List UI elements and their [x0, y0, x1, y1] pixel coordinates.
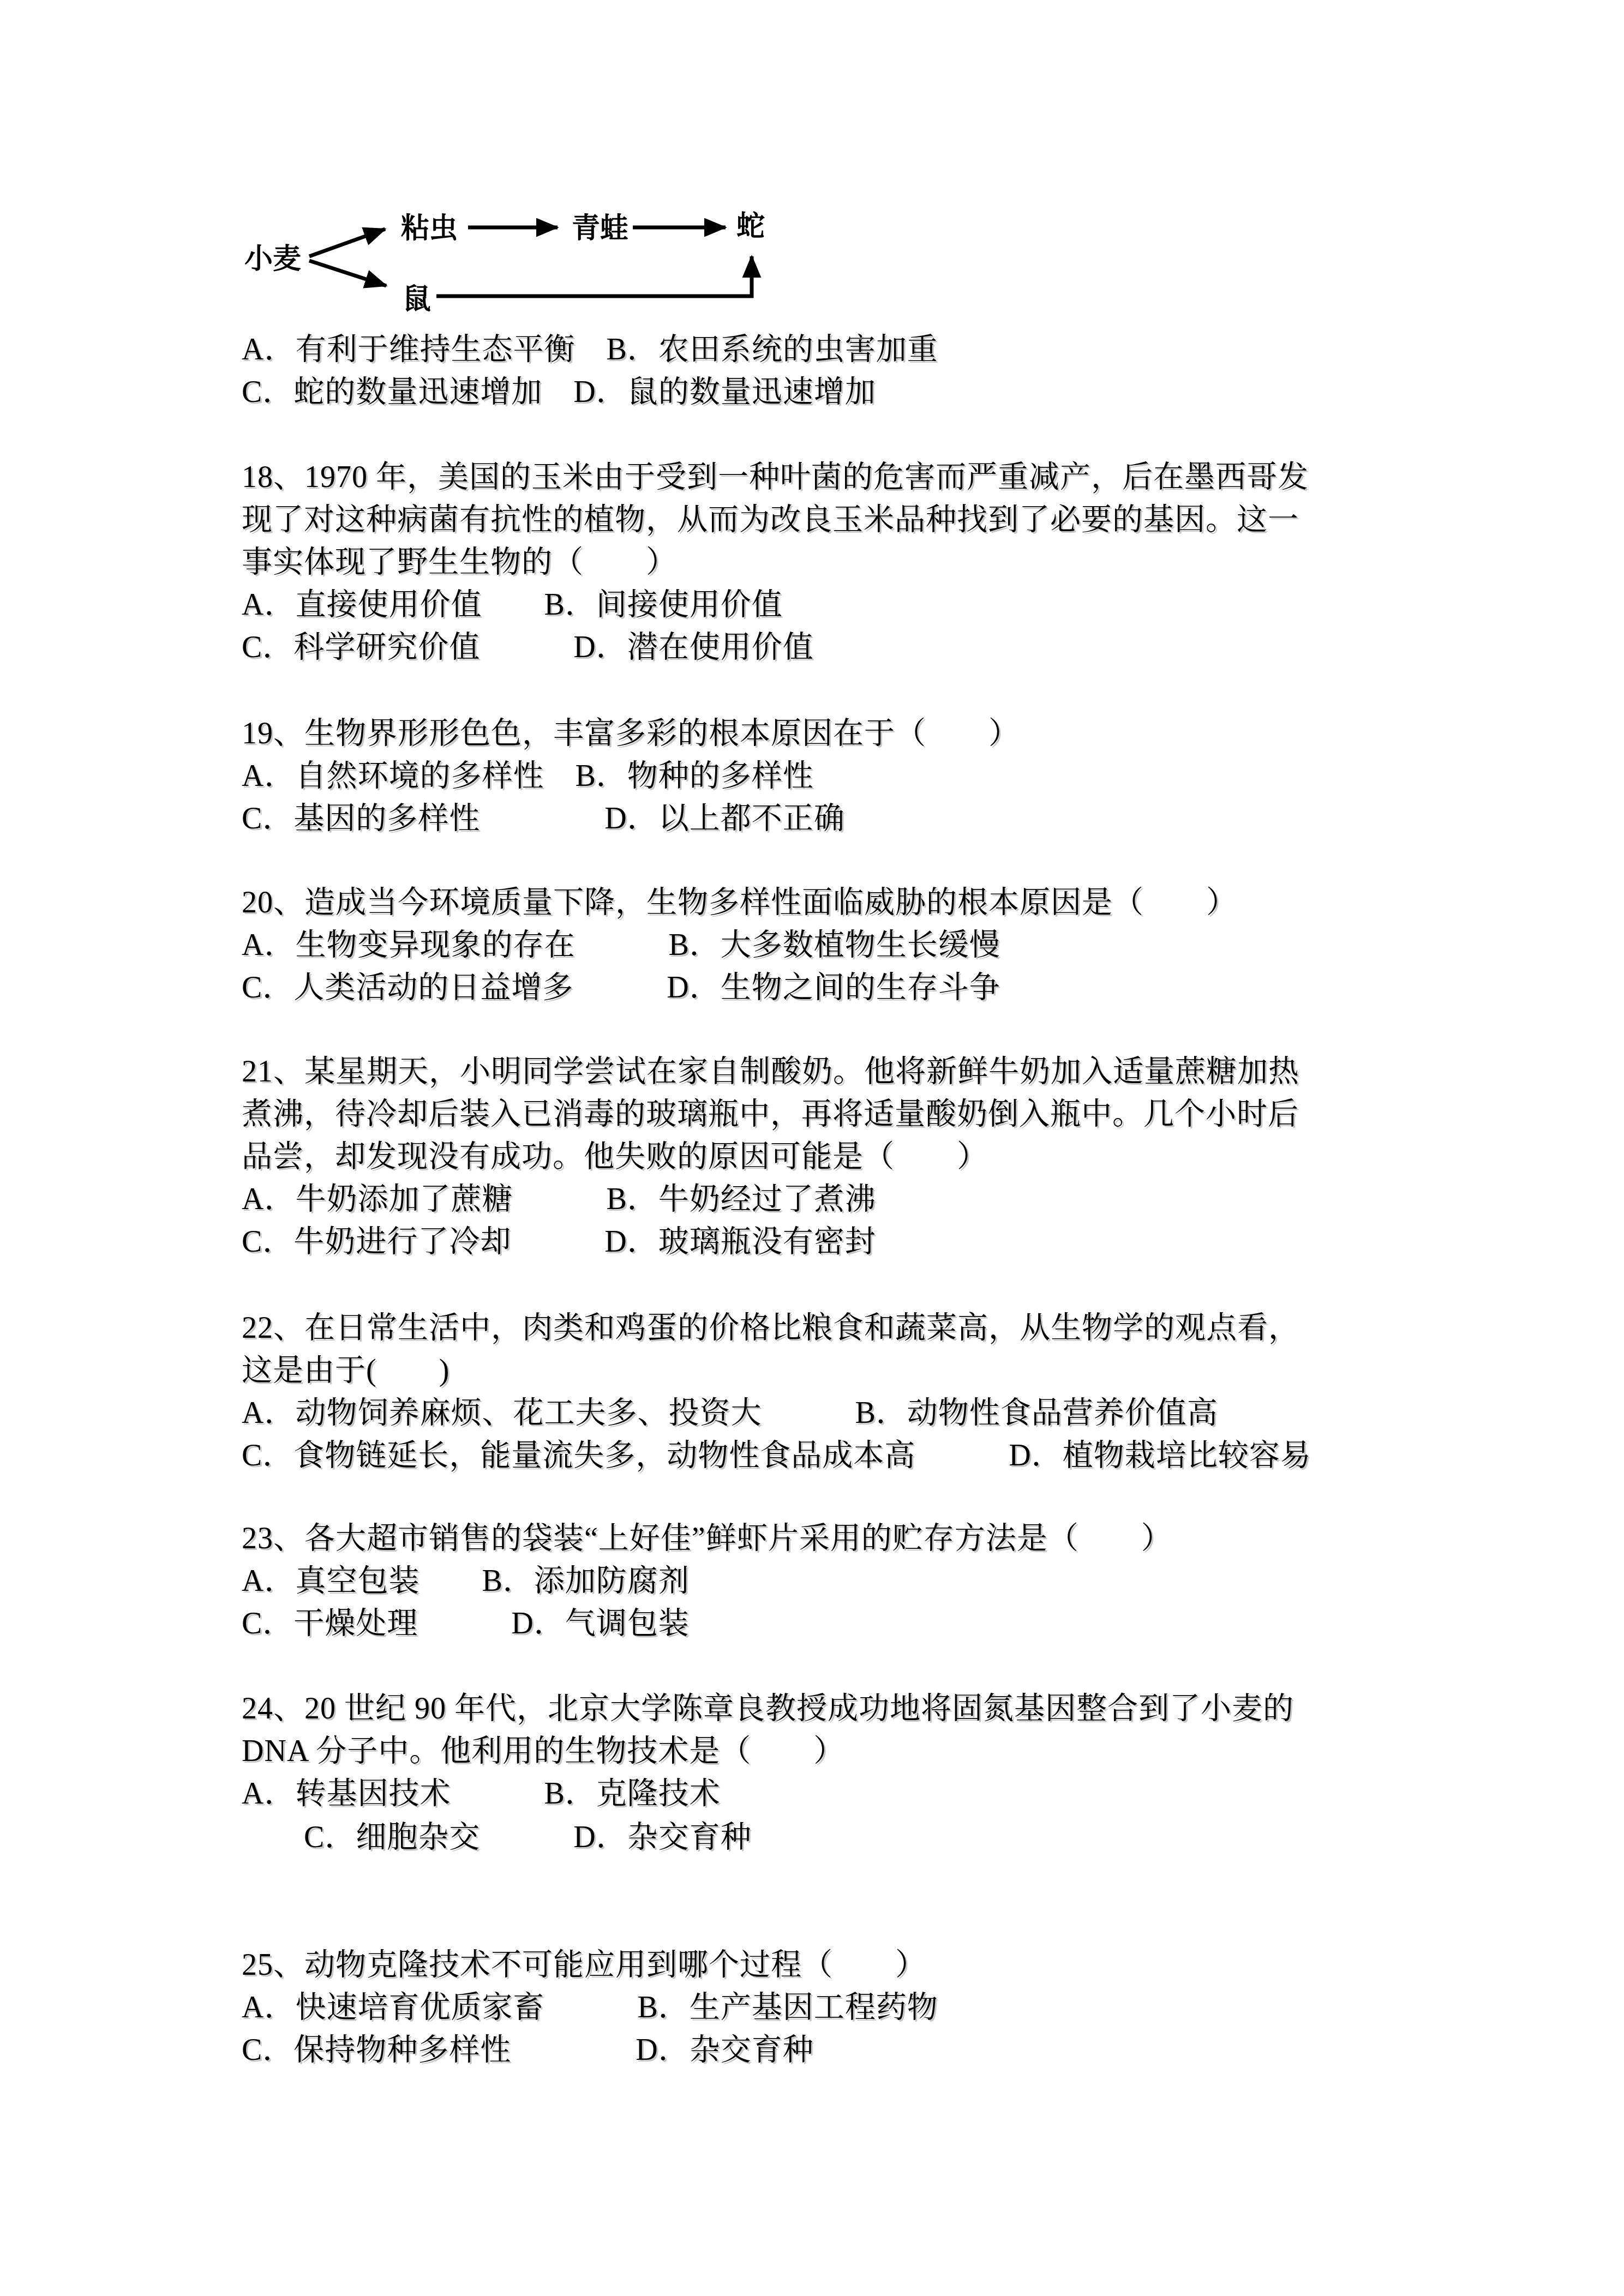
q23-option-line-ab: A．真空包装 B．添加防腐剂: [242, 1560, 690, 1602]
q17-option-line-cd: C．蛇的数量迅速增加 D．鼠的数量迅速增加: [242, 371, 876, 413]
q21-option-line-ab: A．牛奶添加了蔗糖 B．牛奶经过了煮沸: [242, 1178, 876, 1221]
q21-stem-line-3: 品尝，却发现没有成功。他失败的原因可能是（ ）: [242, 1135, 988, 1178]
q17-option-line-ab: A．有利于维持生态平衡 B．农田系统的虫害加重: [242, 328, 938, 371]
q18-option-line-ab: A．直接使用价值 B．间接使用价值: [242, 584, 783, 626]
q19-option-line-cd: C．基因的多样性 D．以上都不正确: [242, 797, 845, 840]
q24-stem-line-1: 24、20 世纪 90 年代，北京大学陈章良教授成功地将固氮基因整合到了小麦的: [242, 1687, 1294, 1730]
q25-option-line-cd: C．保持物种多样性 D．杂交育种: [242, 2029, 814, 2071]
q24-option-line-ab: A．转基因技术 B．克隆技术: [242, 1772, 721, 1815]
exam-page: 小麦 粘虫 青蛙 蛇 鼠 A．有利于维持生态平衡 B．农田系统的虫害加重 C．蛇…: [0, 0, 1624, 2296]
q25-stem-line-1: 25、动物克隆技术不可能应用到哪个过程（ ）: [242, 1944, 926, 1986]
q18-option-line-cd: C．科学研究价值 D．潜在使用价值: [242, 626, 814, 669]
diagram-node-frog: 青蛙: [572, 213, 628, 244]
q20-option-line-cd: C．人类活动的日益增多 D．生物之间的生存斗争: [242, 966, 1000, 1009]
q20-stem-line-1: 20、造成当今环境质量下降，生物多样性面临威胁的根本原因是（ ）: [242, 881, 1237, 924]
q23-option-line-cd: C．干燥处理 D．气调包装: [242, 1602, 690, 1645]
food-web-diagram: 小麦 粘虫 青蛙 蛇 鼠: [229, 196, 786, 327]
q21-stem-line-1: 21、某星期天，小明同学尝试在家自制酸奶。他将新鲜牛奶加入适量蔗糖加热: [242, 1050, 1299, 1093]
diagram-node-armyworm: 粘虫: [401, 213, 458, 244]
diagram-node-mouse: 鼠: [403, 284, 431, 315]
q19-option-line-ab: A．自然环境的多样性 B．物种的多样性: [242, 755, 814, 797]
q22-option-line-cd: C．食物链延长，能量流失多，动物性食品成本高 D．植物栽培比较容易: [242, 1434, 1311, 1477]
q18-stem-line-1: 18、1970 年，美国的玉米由于受到一种叶菌的危害而严重减产，后在墨西哥发: [242, 456, 1309, 498]
q22-option-line-ab: A．动物饲养麻烦、花工夫多、投资大 B．动物性食品营养价值高: [242, 1392, 1218, 1434]
q25-option-line-ab: A．快速培育优质家畜 B．生产基因工程药物: [242, 1986, 938, 2029]
q19-stem-line-1: 19、生物界形形色色，丰富多彩的根本原因在于（ ）: [242, 712, 1020, 755]
q18-stem-line-3: 事实体现了野生生物的（ ）: [242, 541, 677, 584]
diagram-node-wheat: 小麦: [244, 243, 301, 275]
q20-option-line-ab: A．生物变异现象的存在 B．大多数植物生长缓慢: [242, 924, 1000, 966]
q24-option-line-cd: C．细胞杂交 D．杂交育种: [242, 1816, 752, 1859]
q22-stem-line-1: 22、在日常生活中，肉类和鸡蛋的价格比粮食和蔬菜高，从生物学的观点看，: [242, 1307, 1299, 1349]
q18-stem-line-2: 现了对这种病菌有抗性的植物，从而为改良玉米品种找到了必要的基因。这一: [242, 498, 1299, 541]
q24-stem-line-2: DNA 分子中。他利用的生物技术是（ ）: [242, 1730, 844, 1772]
diagram-node-snake: 蛇: [736, 211, 765, 242]
q23-stem-line-1: 23、各大超市销售的袋装“上好佳”鲜虾片采用的贮存方法是（ ）: [242, 1517, 1172, 1560]
q21-option-line-cd: C．牛奶进行了冷却 D．玻璃瓶没有密封: [242, 1221, 876, 1263]
q22-stem-line-2: 这是由于( ): [242, 1349, 450, 1392]
edge-mouse-snake: [436, 256, 752, 296]
edge-wheat-mouse: [309, 261, 386, 286]
q21-stem-line-2: 煮沸，待冷却后装入已消毒的玻璃瓶中，再将适量酸奶倒入瓶中。几个小时后: [242, 1093, 1299, 1135]
edge-wheat-armyworm: [309, 229, 385, 256]
